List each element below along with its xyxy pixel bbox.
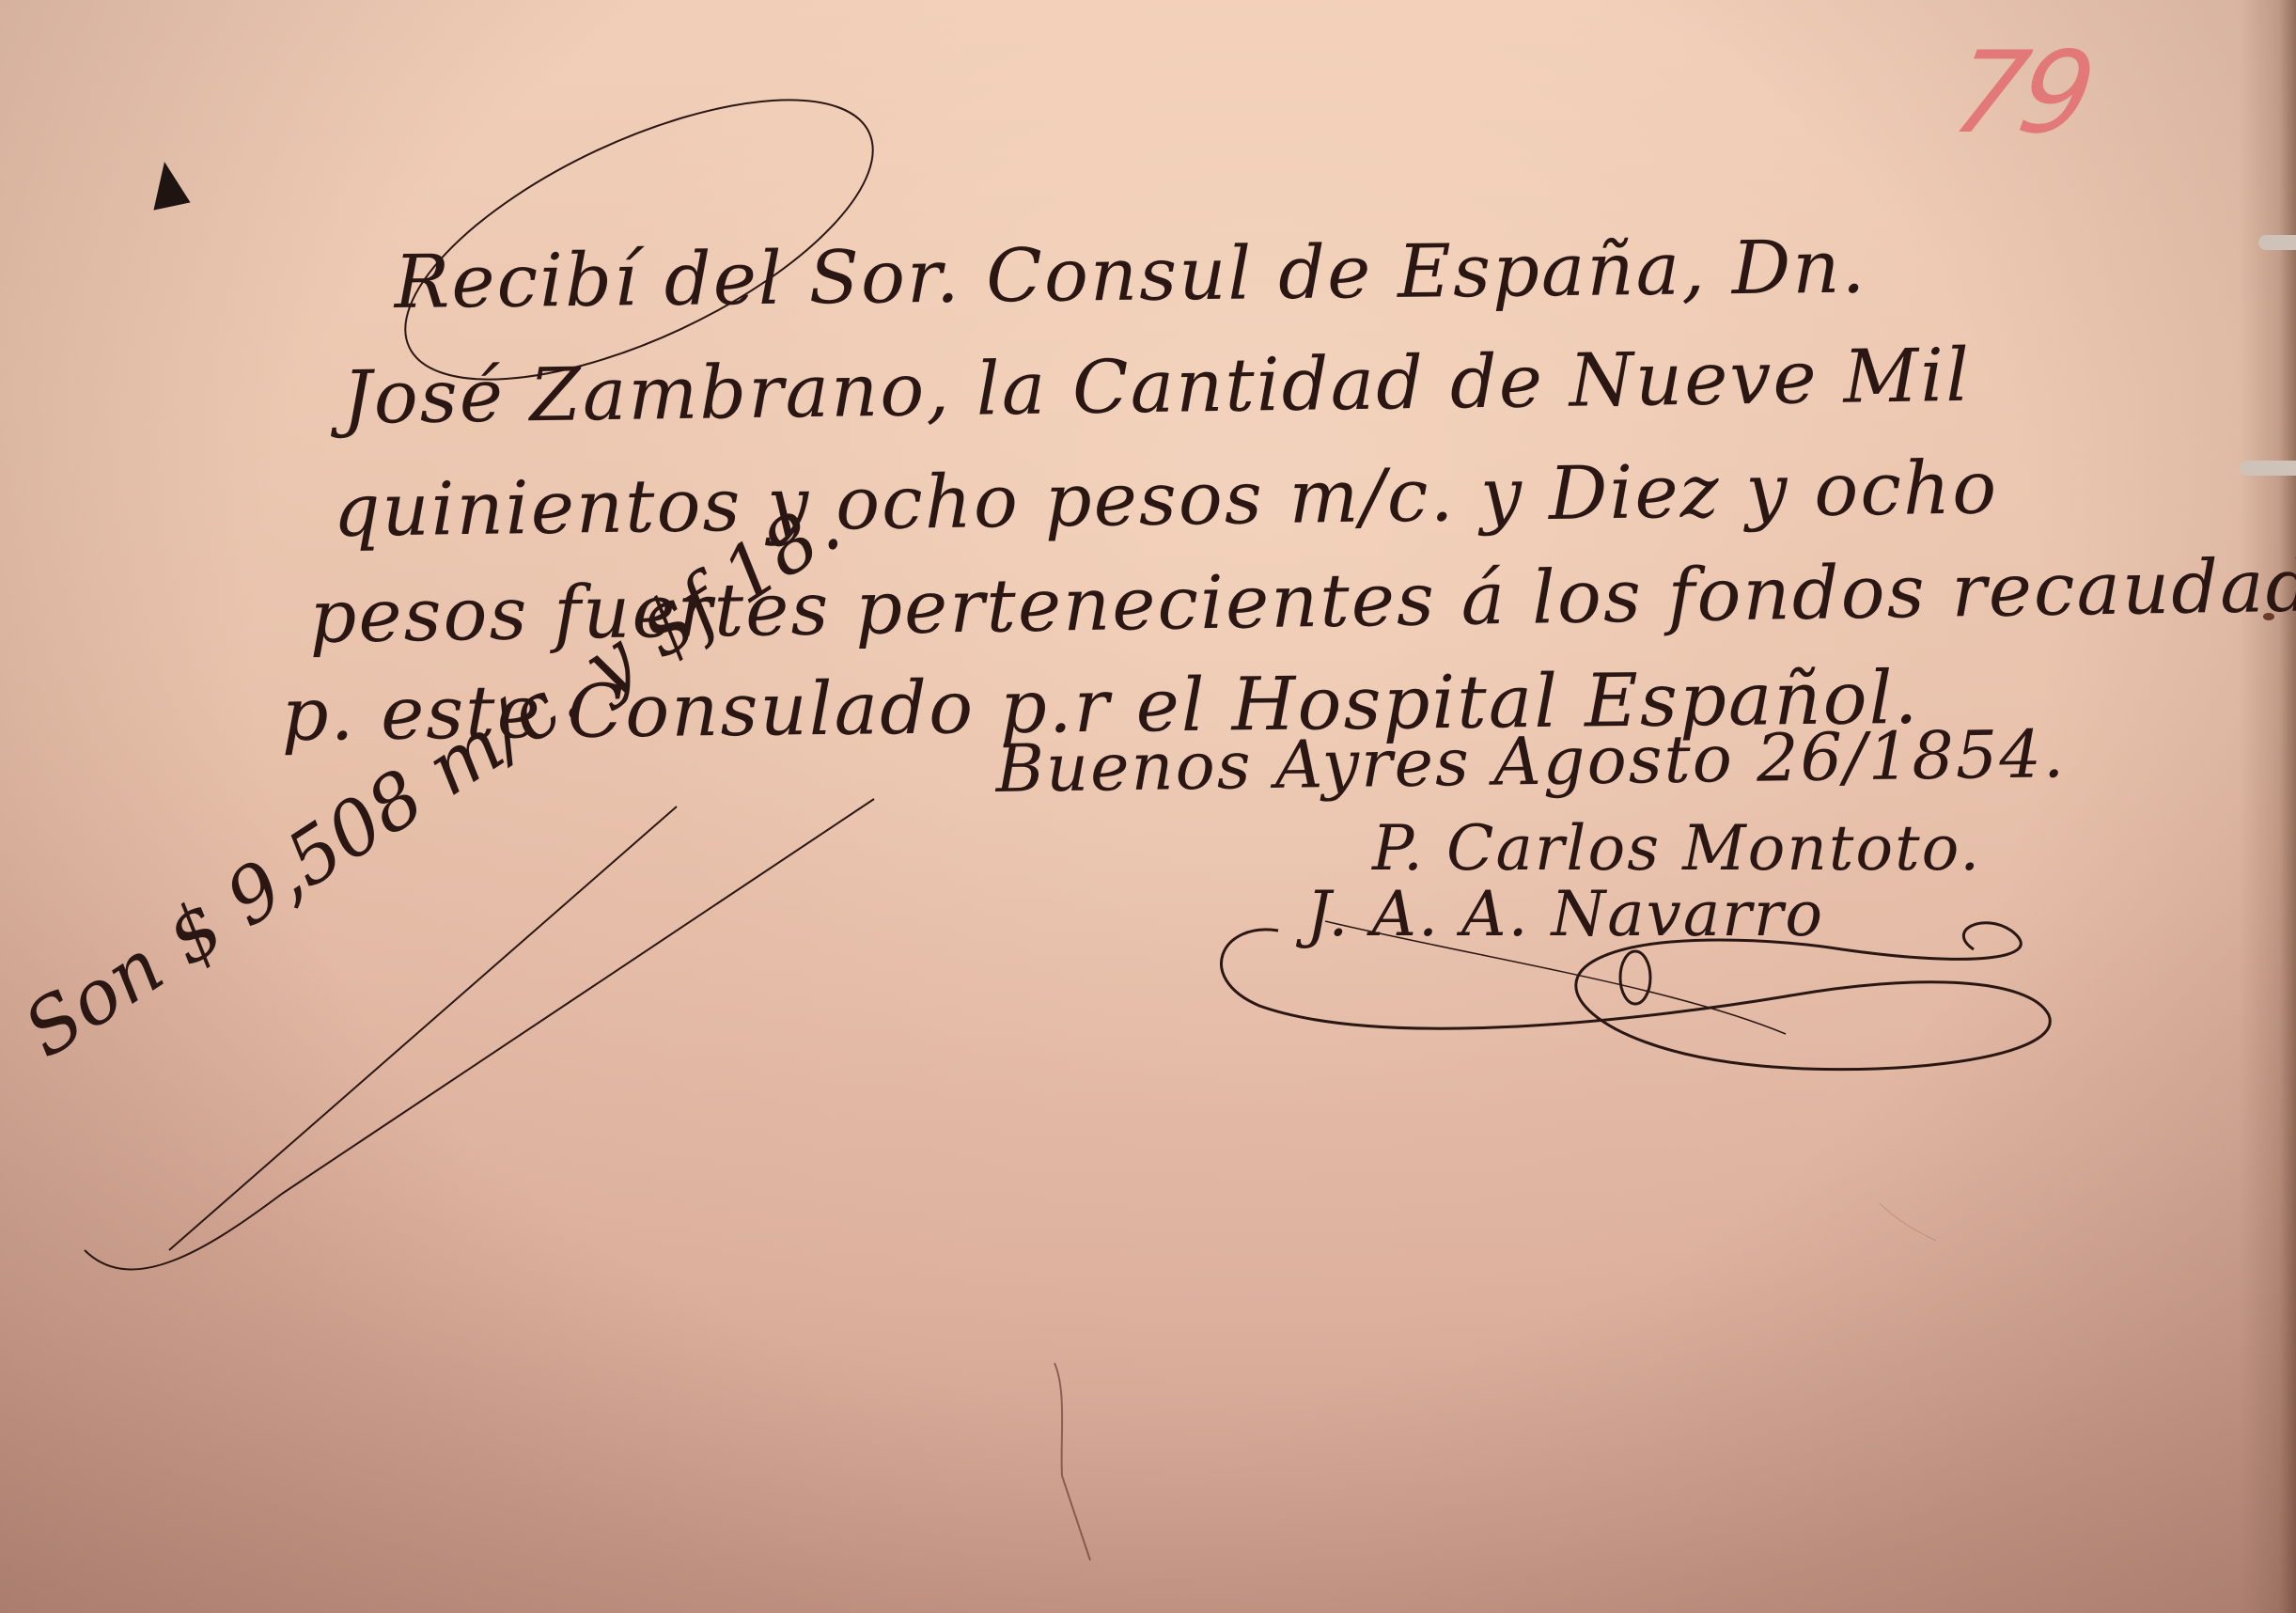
- manuscript-page: 79 Recibí del Sor. Consul de España, Dn.…: [0, 0, 2296, 1613]
